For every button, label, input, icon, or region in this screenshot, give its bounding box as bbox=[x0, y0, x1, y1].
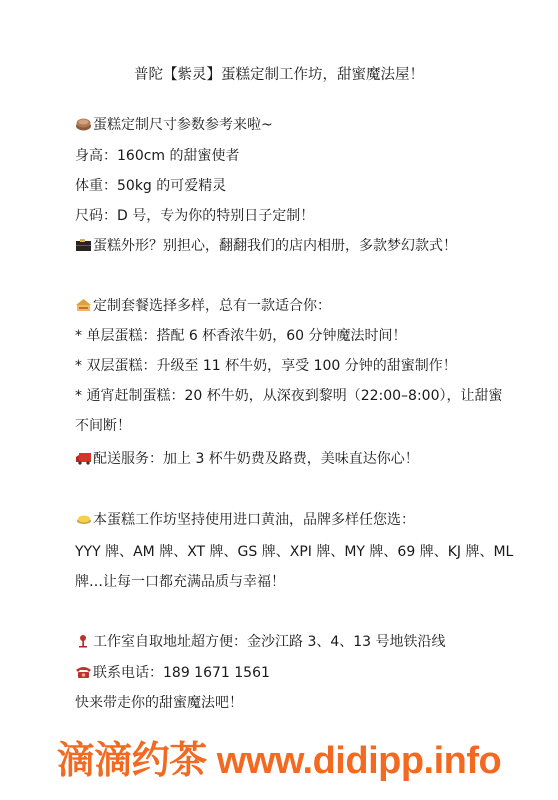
album-note-text: 蛋糕外形？别担心，翻翻我们的店内相册，多款梦幻款式！ bbox=[93, 238, 457, 254]
butter-heading: 本蛋糕工作坊坚持使用进口黄油，品牌多样任您选： bbox=[75, 511, 415, 529]
packages-heading: 定制套餐选择多样，总有一款适合你： bbox=[75, 297, 331, 315]
brands-line-1: YYY 牌、AM 牌、XT 牌、GS 牌、XPI 牌、MY 牌、69 牌、KJ … bbox=[75, 543, 513, 561]
package-double: * 双层蛋糕：升级至 11 杯牛奶，享受 100 分钟的甜蜜制作！ bbox=[75, 357, 457, 375]
butter-heading-text: 本蛋糕工作坊坚持使用进口黄油，品牌多样任您选： bbox=[93, 512, 415, 528]
closing-line: 快来带走你的甜蜜魔法吧！ bbox=[75, 694, 243, 712]
address-text: 工作室自取地址超方便：金沙江路 3、4、13 号地铁沿线 bbox=[93, 634, 446, 650]
telephone-icon bbox=[75, 665, 92, 679]
address-line: 工作室自取地址超方便：金沙江路 3、4、13 号地铁沿线 bbox=[75, 633, 446, 651]
truck-icon bbox=[75, 451, 92, 465]
weight-line: 体重：50kg 的可爱精灵 bbox=[75, 177, 226, 195]
package-overnight-cont: 不间断！ bbox=[75, 417, 131, 435]
butter-icon bbox=[75, 512, 92, 526]
package-single: * 单层蛋糕：搭配 6 杯香浓牛奶，60 分钟魔法时间！ bbox=[75, 327, 407, 345]
album-note: 蛋糕外形？别担心，翻翻我们的店内相册，多款梦幻款式！ bbox=[75, 237, 457, 255]
house-icon bbox=[75, 298, 92, 312]
size-line: 尺码：D 号，专为你的特别日子定制！ bbox=[75, 207, 314, 225]
packages-heading-text: 定制套餐选择多样，总有一款适合你： bbox=[93, 298, 331, 314]
phone-line: 联系电话：189 1671 1561 bbox=[75, 664, 270, 682]
brands-line-2: 牌…让每一口都充满品质与幸福！ bbox=[75, 573, 285, 591]
size-heading-text: 蛋糕定制尺寸参数参考来啦~ bbox=[93, 117, 273, 133]
package-overnight: * 通宵赶制蛋糕：20 杯牛奶，从深夜到黎明（22:00–8:00），让甜蜜 bbox=[75, 387, 503, 405]
size-heading: 蛋糕定制尺寸参数参考来啦~ bbox=[75, 116, 273, 134]
delivery-line: 配送服务：加上 3 杯牛奶费及路费，美味直达你心！ bbox=[75, 450, 419, 468]
phone-text: 联系电话：189 1671 1561 bbox=[93, 665, 270, 681]
height-line: 身高：160cm 的甜蜜使者 bbox=[75, 147, 240, 165]
document-title: 普陀【紫灵】蛋糕定制工作坊，甜蜜魔法屋！ bbox=[0, 66, 558, 84]
camera-icon bbox=[75, 238, 92, 252]
cake-icon bbox=[75, 117, 92, 131]
delivery-text: 配送服务：加上 3 杯牛奶费及路费，美味直达你心！ bbox=[93, 451, 419, 467]
watermark: 滴滴约茶 www.didipp.info bbox=[0, 738, 558, 784]
map-pin-icon bbox=[75, 634, 92, 648]
